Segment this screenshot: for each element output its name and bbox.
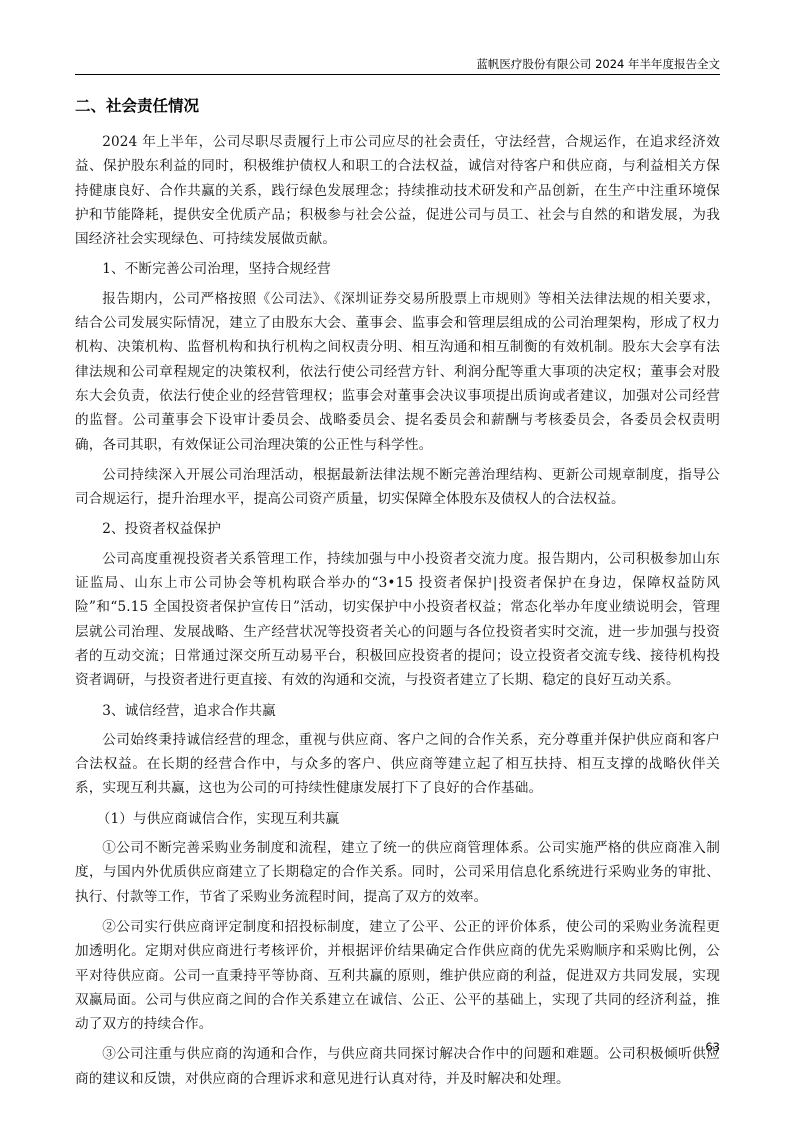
subsection-title-3: 3、诚信经营，追求合作共赢 (75, 699, 720, 723)
item-title-3-1: （1）与供应商诚信合作，实现互利共赢 (75, 807, 720, 831)
paragraph-2-1: 公司高度重视投资者关系管理工作，持续加强与中小投资者交流力度。报告期内，公司积极… (75, 547, 720, 693)
page-number: 63 (690, 1040, 720, 1054)
paragraph-3-1: 公司始终秉持诚信经营的理念，重视与供应商、客户之间的合作关系，充分尊重并保护供应… (75, 728, 720, 801)
paragraph-1-2: 公司持续深入开展公司治理活动，根据最新法律法规不断完善治理结构、更新公司规章制度… (75, 463, 720, 512)
page-header: 蓝帆医疗股份有限公司 2024 年半年度报告全文 (75, 56, 720, 75)
subsection-title-1: 1、不断完善公司治理，坚持合规经营 (75, 257, 720, 281)
item-paragraph-1: ①公司不断完善采购业务制度和流程，建立了统一的供应商管理体系。公司实施严格的供应… (75, 836, 720, 909)
paragraph-1-1: 报告期内，公司严格按照《公司法》、《深圳证券交易所股票上市规则》等相关法律法规的… (75, 287, 720, 457)
page-content: 二、社会责任情况 2024 年上半年，公司尽职尽责履行上市公司应尽的社会责任，守… (75, 95, 720, 1097)
document-page: 蓝帆医疗股份有限公司 2024 年半年度报告全文 二、社会责任情况 2024 年… (0, 0, 793, 1122)
section-heading: 二、社会责任情况 (75, 95, 720, 117)
item-paragraph-2: ②公司实行供应商评定制度和招投标制度，建立了公平、公正的评价体系，使公司的采购业… (75, 915, 720, 1036)
item-paragraph-3: ③公司注重与供应商的沟通和合作，与供应商共同探讨解决合作中的问题和难题。公司积极… (75, 1042, 720, 1091)
subsection-title-2: 2、投资者权益保护 (75, 517, 720, 541)
intro-paragraph: 2024 年上半年，公司尽职尽责履行上市公司应尽的社会责任，守法经营，合规运作，… (75, 130, 720, 251)
header-title: 蓝帆医疗股份有限公司 2024 年半年度报告全文 (476, 57, 720, 71)
